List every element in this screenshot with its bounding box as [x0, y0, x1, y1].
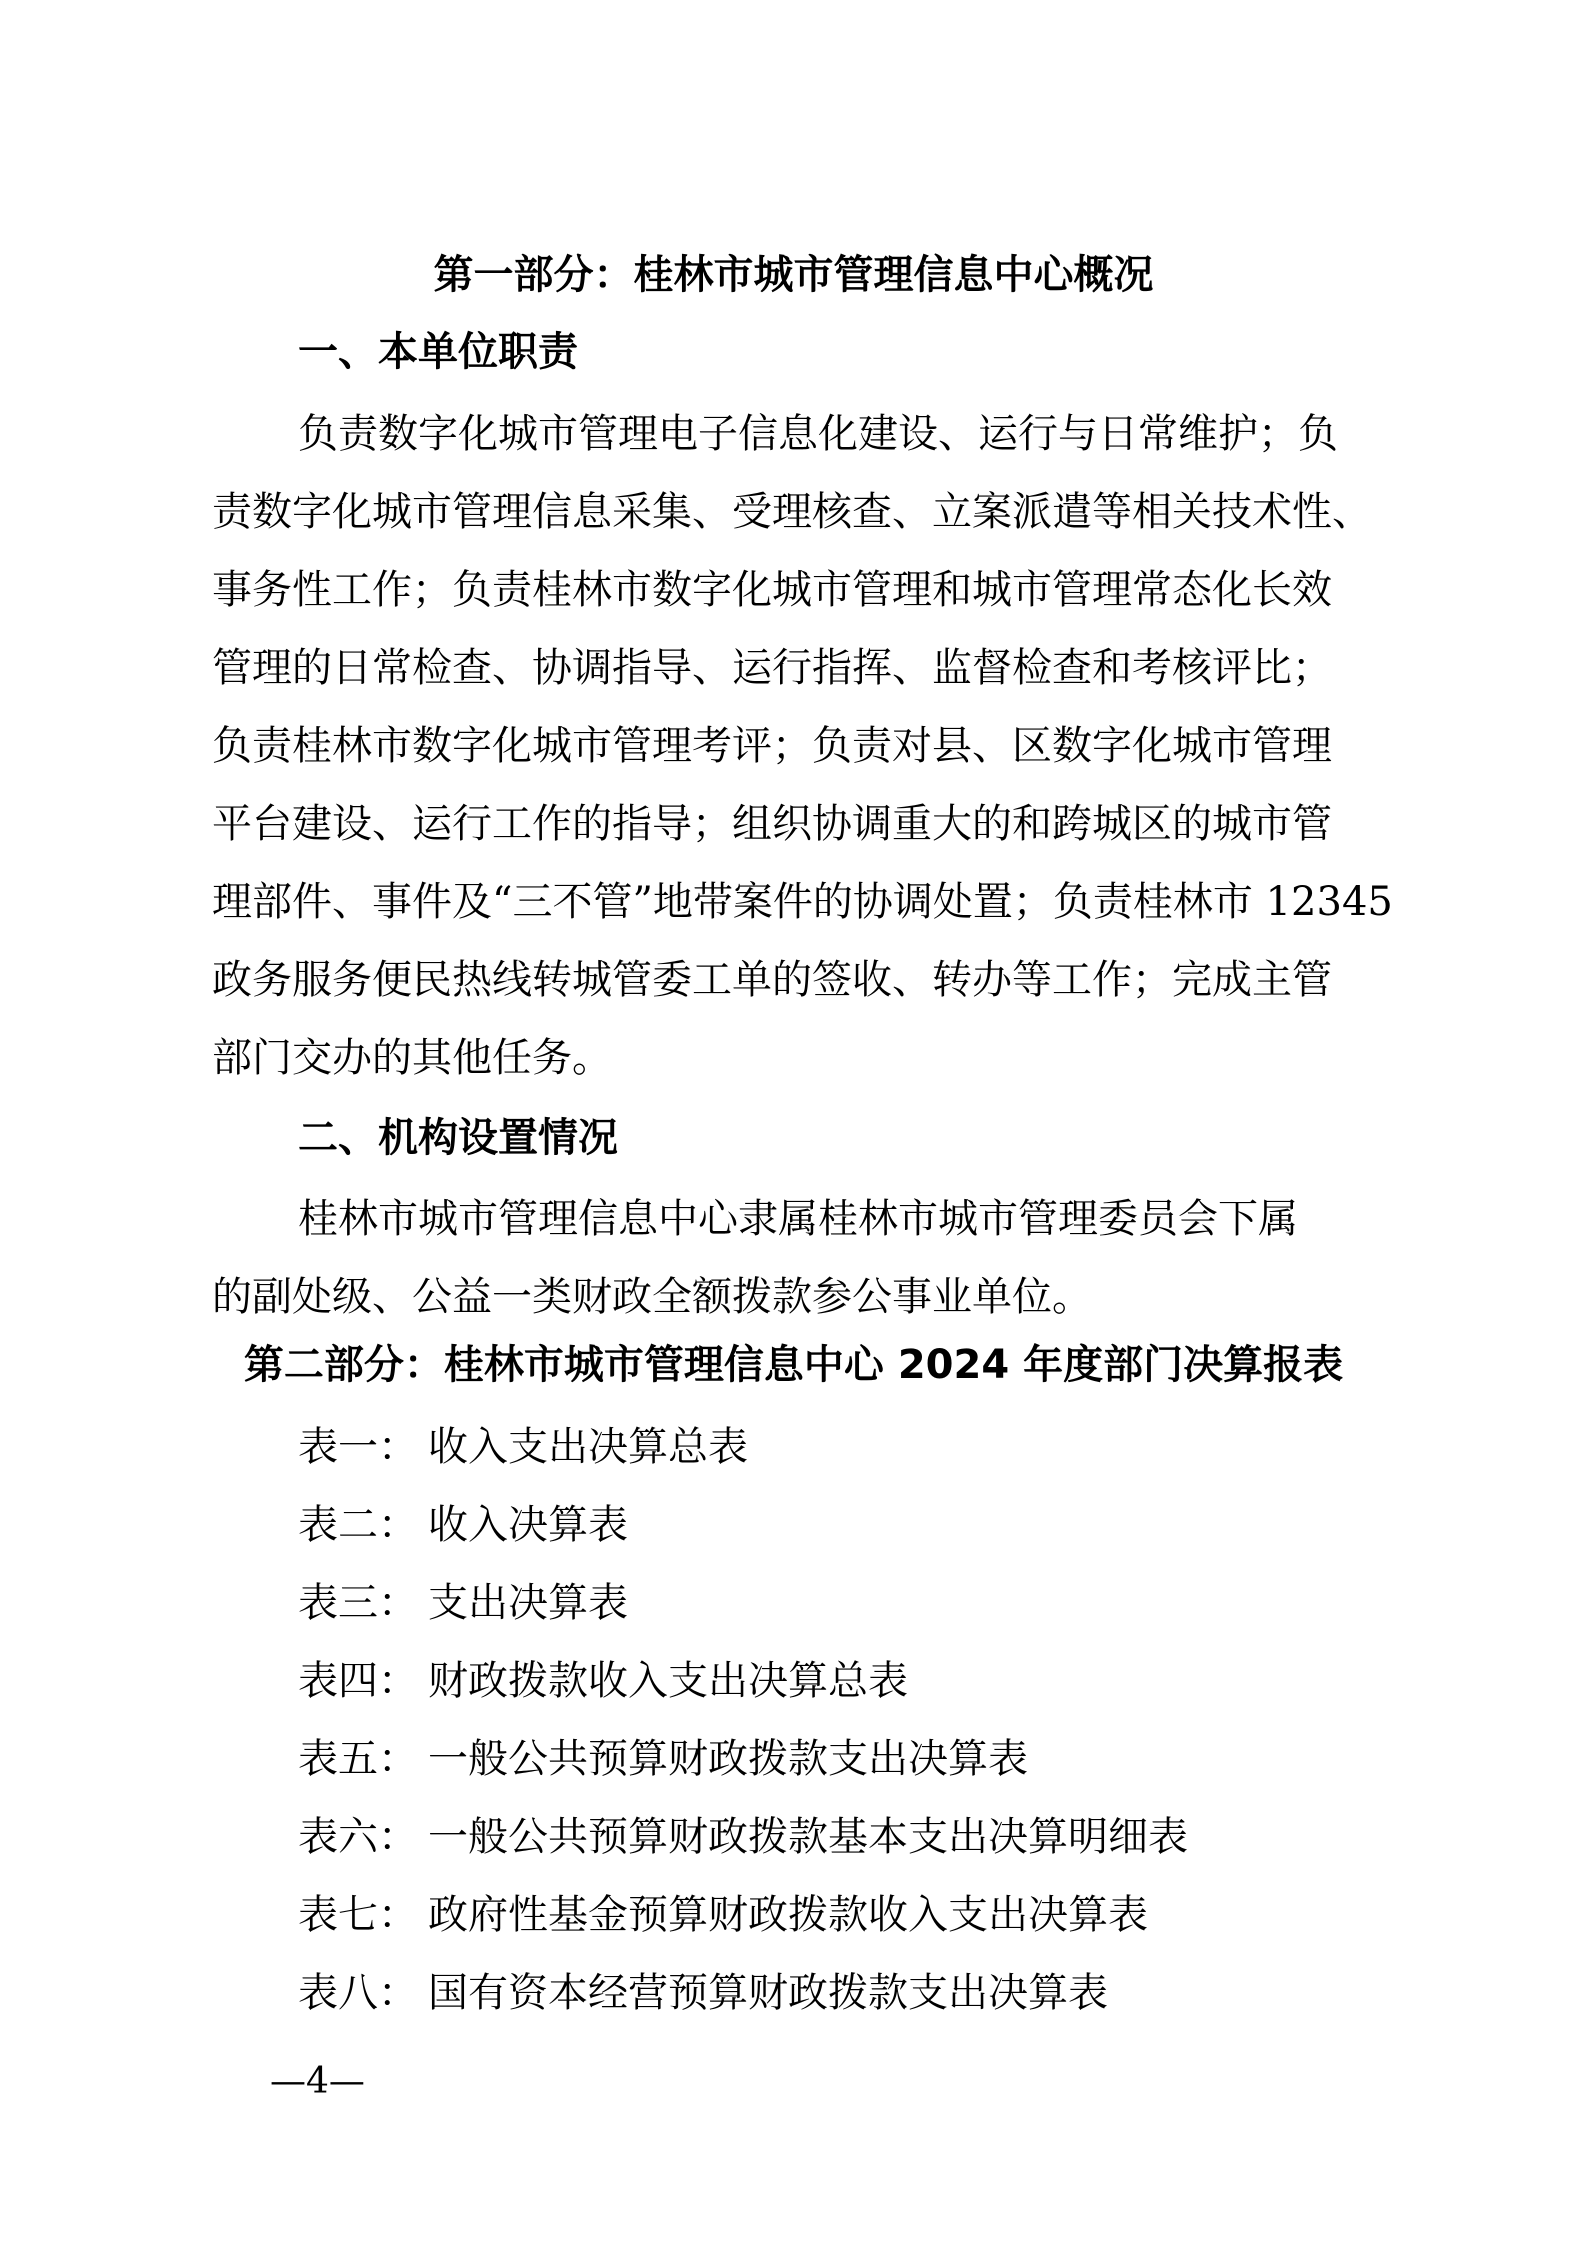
paragraph-line: 政务服务便民热线转城管委工单的签收、转办等工作；完成主管	[212, 941, 1392, 1019]
part1-title: 第一部分：桂林市城市管理信息中心概况	[0, 245, 1587, 305]
report-table-list: 表一：收入支出决算总表 表二：收入决算表 表三：支出决算表 表四：财政拨款收入支…	[298, 1408, 1188, 2032]
section2-heading: 二、机构设置情况	[298, 1108, 618, 1168]
list-item: 表五：一般公共预算财政拨款支出决算表	[298, 1720, 1188, 1798]
paragraph-line: 负责桂林市数字化城市管理考评；负责对县、区数字化城市管理	[212, 707, 1392, 785]
part2-title: 第二部分：桂林市城市管理信息中心 2024 年度部门决算报表	[0, 1335, 1587, 1395]
paragraph-line: 部门交办的其他任务。	[212, 1019, 1392, 1097]
list-item: 表四：财政拨款收入支出决算总表	[298, 1642, 1188, 1720]
paragraph-line: 桂林市城市管理信息中心隶属桂林市城市管理委员会下属	[212, 1180, 1392, 1258]
list-item: 表二：收入决算表	[298, 1486, 1188, 1564]
section1-paragraph: 负责数字化城市管理电子信息化建设、运行与日常维护；负 责数字化城市管理信息采集、…	[212, 395, 1392, 1097]
paragraph-line: 管理的日常检查、协调指导、运行指挥、监督检查和考核评比；	[212, 629, 1392, 707]
section2-paragraph: 桂林市城市管理信息中心隶属桂林市城市管理委员会下属 的副处级、公益一类财政全额拨…	[212, 1180, 1392, 1336]
list-item: 表八：国有资本经营预算财政拨款支出决算表	[298, 1954, 1188, 2032]
paragraph-line: 平台建设、运行工作的指导；组织协调重大的和跨城区的城市管	[212, 785, 1392, 863]
list-item: 表一：收入支出决算总表	[298, 1408, 1188, 1486]
list-item: 表三：支出决算表	[298, 1564, 1188, 1642]
paragraph-line: 责数字化城市管理信息采集、受理核查、立案派遣等相关技术性、	[212, 473, 1392, 551]
paragraph-line: 理部件、事件及“三不管”地带案件的协调处置；负责桂林市 12345	[212, 863, 1392, 941]
paragraph-line: 负责数字化城市管理电子信息化建设、运行与日常维护；负	[212, 395, 1392, 473]
document-page: 第一部分：桂林市城市管理信息中心概况 一、本单位职责 负责数字化城市管理电子信息…	[0, 0, 1587, 2245]
page-number: —4—	[270, 2060, 365, 2104]
paragraph-line: 的副处级、公益一类财政全额拨款参公事业单位。	[212, 1258, 1392, 1336]
list-item: 表六：一般公共预算财政拨款基本支出决算明细表	[298, 1798, 1188, 1876]
paragraph-line: 事务性工作；负责桂林市数字化城市管理和城市管理常态化长效	[212, 551, 1392, 629]
section1-heading: 一、本单位职责	[298, 322, 578, 382]
list-item: 表七：政府性基金预算财政拨款收入支出决算表	[298, 1876, 1188, 1954]
